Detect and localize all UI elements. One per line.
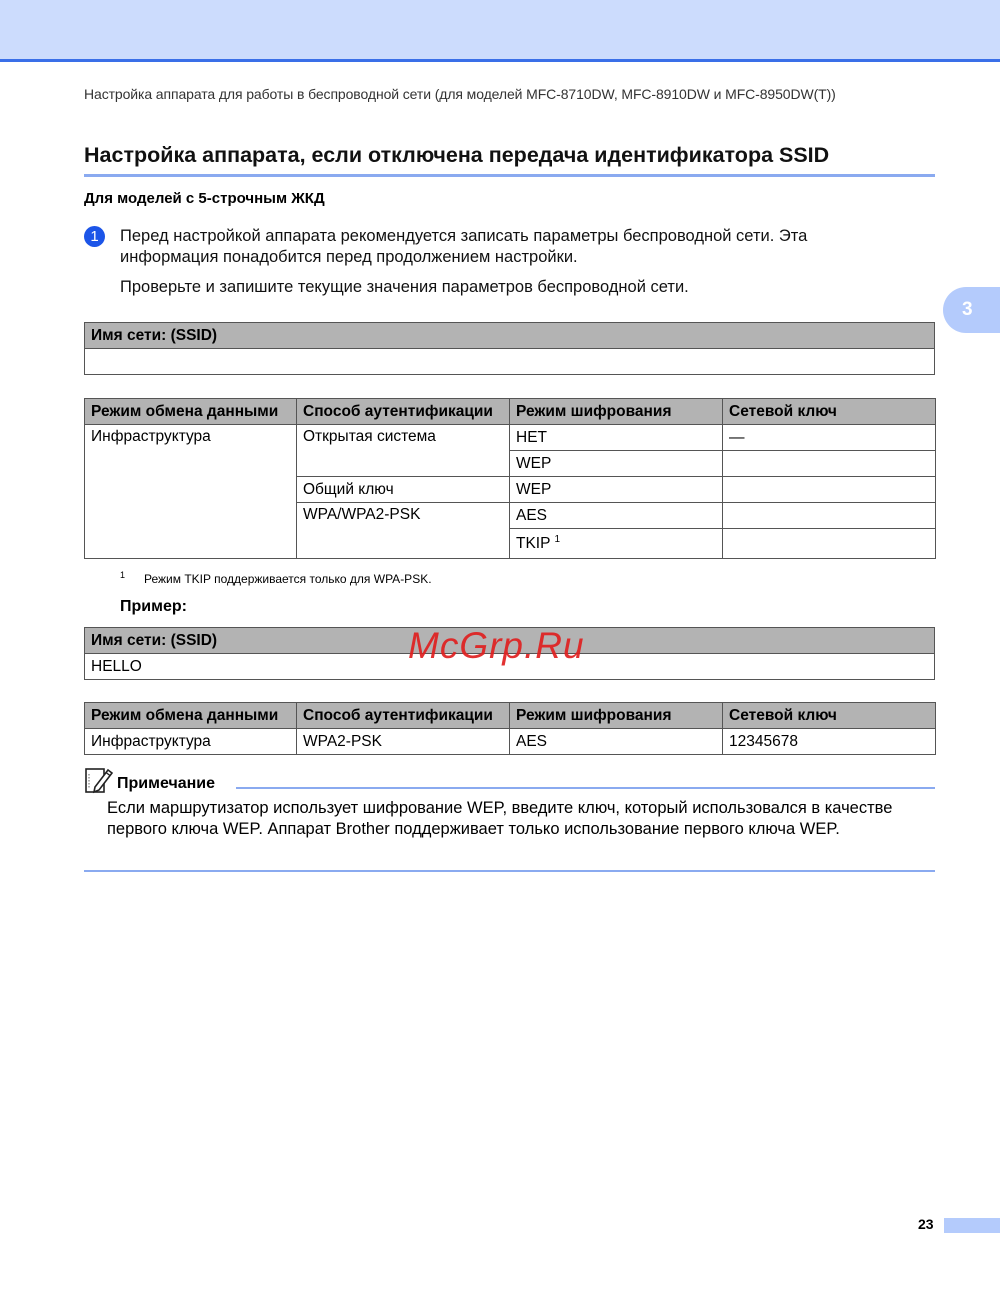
note-title: Примечание: [117, 775, 215, 793]
note-text: Если маршрутизатор использует шифрование…: [107, 798, 947, 840]
step-text: Перед настройкой аппарата рекомендуется …: [120, 226, 910, 268]
auth-cell: WPA/WPA2-PSK: [297, 503, 510, 559]
settings-table: Режим обмена данными Способ аутентификац…: [84, 398, 936, 559]
col-header-key: Сетевой ключ: [723, 703, 936, 729]
ssid-record-table: Имя сети: (SSID): [84, 322, 935, 375]
auth-cell: WPA2-PSK: [297, 729, 510, 755]
col-header-auth: Способ аутентификации: [297, 399, 510, 425]
top-header-band: [0, 0, 1000, 62]
key-cell: [723, 503, 936, 529]
col-header-encryption: Режим шифрования: [510, 703, 723, 729]
table-row: Инфраструктура WPA2-PSK AES 12345678: [85, 729, 936, 755]
auth-cell: Общий ключ: [297, 477, 510, 503]
note-bottom-rule: [84, 870, 935, 872]
title-rule: [84, 174, 935, 177]
section-title: Настройка аппарата, если отключена перед…: [84, 143, 829, 168]
key-cell: [723, 451, 936, 477]
col-header-encryption: Режим шифрования: [510, 399, 723, 425]
mode-cell: Инфраструктура: [85, 729, 297, 755]
footnote-mark: 1: [120, 570, 125, 580]
col-header-mode: Режим обмена данными: [85, 399, 297, 425]
key-cell: —: [723, 425, 936, 451]
encryption-cell: AES: [510, 503, 723, 529]
key-cell: [723, 477, 936, 503]
auth-cell: Открытая система: [297, 425, 510, 477]
col-header-key: Сетевой ключ: [723, 399, 936, 425]
running-header: Настройка аппарата для работы в беспрово…: [84, 86, 836, 102]
note-rule: [236, 787, 935, 789]
step-number-badge: 1: [84, 226, 105, 247]
encryption-cell: WEP: [510, 477, 723, 503]
note-pencil-icon: [84, 766, 114, 794]
encryption-cell: TKIP 1: [510, 529, 723, 559]
subheading: Для моделей с 5-строчным ЖКД: [84, 190, 325, 207]
ssid-header: Имя сети: (SSID): [85, 323, 935, 349]
encryption-value: TKIP: [516, 535, 550, 552]
chapter-tab[interactable]: 3: [943, 287, 1000, 333]
col-header-mode: Режим обмена данными: [85, 703, 297, 729]
page-number: 23: [918, 1216, 934, 1232]
encryption-cell: WEP: [510, 451, 723, 477]
encryption-cell: НЕТ: [510, 425, 723, 451]
step-instruction: Проверьте и запишите текущие значения па…: [120, 277, 689, 298]
mode-cell: Инфраструктура: [85, 425, 297, 559]
footnote-ref[interactable]: 1: [554, 534, 560, 545]
table-row: Инфраструктура Открытая система НЕТ —: [85, 425, 936, 451]
example-settings-table: Режим обмена данными Способ аутентификац…: [84, 702, 936, 755]
encryption-cell: AES: [510, 729, 723, 755]
watermark: McGrp.Ru: [408, 625, 585, 667]
key-cell: 12345678: [723, 729, 936, 755]
page-number-bar: [944, 1218, 1000, 1233]
key-cell: [723, 529, 936, 559]
note-header: Примечание: [84, 766, 935, 794]
ssid-value: [85, 349, 935, 375]
example-label: Пример:: [120, 598, 187, 616]
col-header-auth: Способ аутентификации: [297, 703, 510, 729]
footnote-text: Режим TKIP поддерживается только для WPA…: [144, 572, 432, 586]
